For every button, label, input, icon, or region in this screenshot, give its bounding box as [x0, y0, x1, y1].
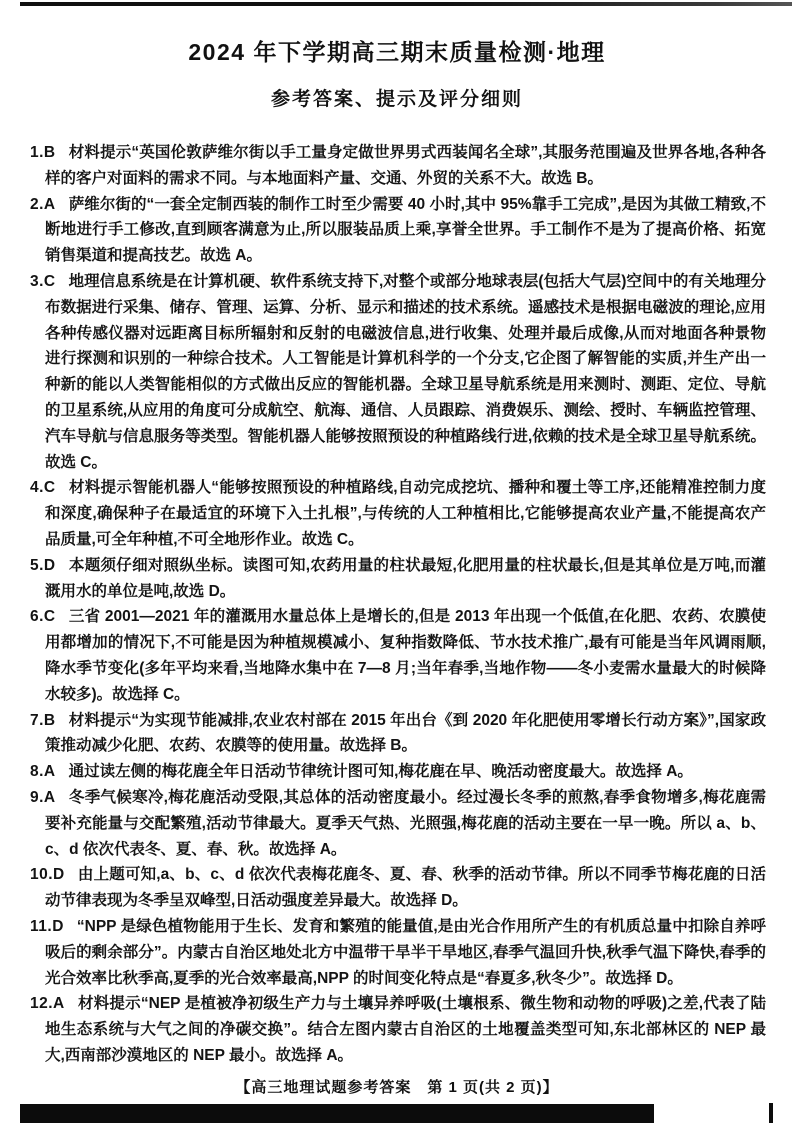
- answer-list: 1.B材料提示“英国伦敦萨维尔街以手工量身定做世界男式西装闻名全球”,其服务范围…: [45, 140, 766, 1069]
- answer-number: 1.B: [30, 144, 56, 161]
- answer-text: 材料提示智能机器人“能够按照预设的种植路线,自动完成挖坑、播种和覆土等工序,还能…: [45, 479, 766, 548]
- answer-text: 地理信息系统是在计算机硬、软件系统支持下,对整个或部分地球表层(包括大气层)空间…: [45, 273, 766, 471]
- answer-text: 三省 2001—2021 年的灌溉用水量总体上是增长的,但是 2013 年出现一…: [45, 608, 766, 702]
- answer-text: 本题须仔细对照纵坐标。读图可知,农药用量的柱状最短,化肥用量的柱状最长,但是其单…: [45, 557, 766, 600]
- answer-text: 冬季气候寒冷,梅花鹿活动受限,其总体的活动密度最小。经过漫长冬季的煎熬,春季食物…: [45, 789, 766, 858]
- scan-artifact-bottom-bar: [20, 1104, 654, 1123]
- answer-item: 12.A材料提示“NEP 是植被净初级生产力与土壤异养呼吸(土壤根系、微生物和动…: [45, 991, 766, 1068]
- answer-text: 材料提示“NEP 是植被净初级生产力与土壤异养呼吸(土壤根系、微生物和动物的呼吸…: [45, 995, 766, 1064]
- answer-item: 9.A冬季气候寒冷,梅花鹿活动受限,其总体的活动密度最小。经过漫长冬季的煎熬,春…: [45, 785, 766, 862]
- answer-item: 1.B材料提示“英国伦敦萨维尔街以手工量身定做世界男式西装闻名全球”,其服务范围…: [45, 140, 766, 192]
- answer-text: “NPP 是绿色植物能用于生长、发育和繁殖的能量值,是由光合作用所产生的有机质总…: [45, 918, 766, 987]
- answer-item: 6.C三省 2001—2021 年的灌溉用水量总体上是增长的,但是 2013 年…: [45, 604, 766, 707]
- answer-number: 9.A: [30, 789, 56, 806]
- answer-number: 7.B: [30, 712, 56, 729]
- scan-artifact-top-bar: [20, 2, 792, 6]
- answer-text: 材料提示“英国伦敦萨维尔街以手工量身定做世界男式西装闻名全球”,其服务范围遍及世…: [45, 144, 766, 187]
- exam-answer-sheet-page: { "page": { "title": "2024 年下学期高三期末质量检测·…: [0, 0, 794, 1123]
- answer-number: 10.D: [30, 866, 65, 883]
- answer-number: 4.C: [30, 479, 56, 496]
- answer-number: 6.C: [30, 608, 56, 625]
- answer-item: 5.D本题须仔细对照纵坐标。读图可知,农药用量的柱状最短,化肥用量的柱状最长,但…: [45, 553, 766, 605]
- answer-text: 材料提示“为实现节能减排,农业农村部在 2015 年出台《到 2020 年化肥使…: [45, 712, 766, 755]
- page-title: 2024 年下学期高三期末质量检测·地理: [0, 34, 794, 67]
- answer-item: 10.D由上题可知,a、b、c、d 依次代表梅花鹿冬、夏、春、秋季的活动节律。所…: [45, 862, 766, 914]
- answer-item: 11.D“NPP 是绿色植物能用于生长、发育和繁殖的能量值,是由光合作用所产生的…: [45, 914, 766, 991]
- answer-item: 3.C地理信息系统是在计算机硬、软件系统支持下,对整个或部分地球表层(包括大气层…: [45, 269, 766, 475]
- answer-text: 通过读左侧的梅花鹿全年日活动节律统计图可知,梅花鹿在早、晚活动密度最大。故选择 …: [69, 763, 693, 780]
- answer-item: 7.B材料提示“为实现节能减排,农业农村部在 2015 年出台《到 2020 年…: [45, 708, 766, 760]
- answer-item: 8.A通过读左侧的梅花鹿全年日活动节律统计图可知,梅花鹿在早、晚活动密度最大。故…: [45, 759, 766, 785]
- answer-number: 12.A: [30, 995, 65, 1012]
- answer-number: 11.D: [30, 918, 64, 935]
- answer-number: 8.A: [30, 763, 56, 780]
- page-footer: 【高三地理试题参考答案 第 1 页(共 2 页)】: [0, 1076, 794, 1097]
- answer-text: 由上题可知,a、b、c、d 依次代表梅花鹿冬、夏、春、秋季的活动节律。所以不同季…: [45, 866, 766, 909]
- page-subtitle: 参考答案、提示及评分细则: [0, 84, 794, 111]
- answer-number: 5.D: [30, 557, 56, 574]
- answer-number: 2.A: [30, 196, 56, 213]
- answer-item: 2.A萨维尔街的“一套全定制西装的制作工时至少需要 40 小时,其中 95%靠手…: [45, 192, 766, 269]
- scan-artifact-bottom-dash: [769, 1103, 773, 1123]
- answer-text: 萨维尔街的“一套全定制西装的制作工时至少需要 40 小时,其中 95%靠手工完成…: [45, 196, 766, 265]
- answer-item: 4.C材料提示智能机器人“能够按照预设的种植路线,自动完成挖坑、播种和覆土等工序…: [45, 475, 766, 552]
- answer-number: 3.C: [30, 273, 56, 290]
